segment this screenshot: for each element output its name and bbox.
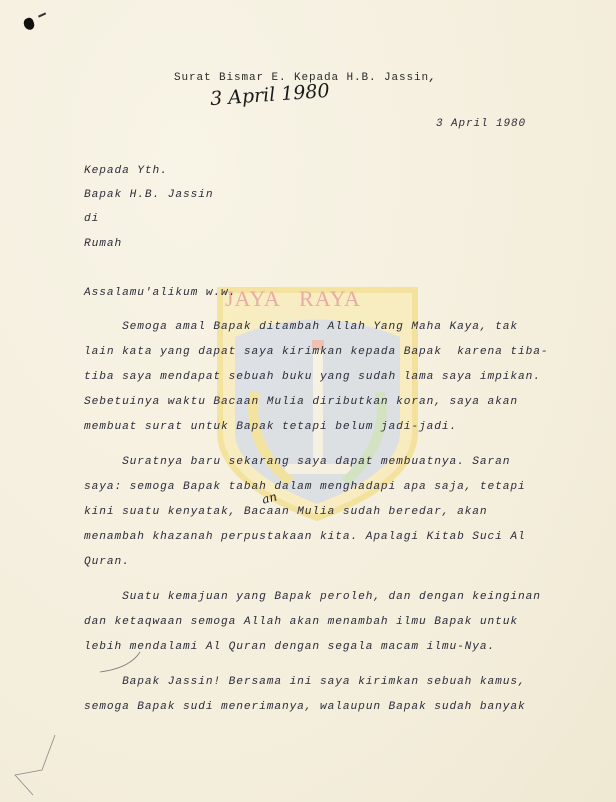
body-line: kini suatu kenyatak, Bacaan Mulia sudah …: [84, 506, 488, 518]
body-line: lain kata yang dapat saya kirimkan kepad…: [84, 346, 548, 358]
body-line: membuat surat untuk Bapak tetapi belum j…: [84, 421, 457, 433]
watermark-text: JAYA RAYA: [225, 286, 361, 312]
body-line: lebih mendalami Al Quran dengan segala m…: [84, 641, 495, 653]
ink-spot: [22, 17, 36, 32]
body-line: menambah khazanah perpustakaan kita. Apa…: [84, 531, 526, 543]
body-line: Semoga amal Bapak ditambah Allah Yang Ma…: [84, 321, 518, 333]
letter-date: 3 April 1980: [436, 118, 526, 130]
addressee-line: Rumah: [84, 238, 122, 250]
addressee-line: di: [84, 213, 99, 225]
body-line: Quran.: [84, 556, 130, 568]
body-line: Sebetuinya waktu Bacaan Mulia diributkan…: [84, 396, 518, 408]
salutation: Assalamu'alikum w.w.: [84, 287, 236, 299]
title-comma: ,: [429, 72, 437, 84]
letter-page: JAYA RAYA Surat Bismar E. Kepada H.B. Ja…: [0, 0, 616, 802]
addressee-line: Kepada Yth.: [84, 165, 168, 177]
body-line: Bapak Jassin! Bersama ini saya kirimkan …: [84, 676, 526, 688]
body-line: Suatu kemajuan yang Bapak peroleh, dan d…: [84, 591, 541, 603]
body-line: dan ketaqwaan semoga Allah akan menambah…: [84, 616, 518, 628]
body-line: Suratnya baru sekarang saya dapat membua…: [84, 456, 510, 468]
ink-mark: [38, 12, 46, 17]
addressee-line: Bapak H.B. Jassin: [84, 189, 213, 201]
body-line: saya: semoga Bapak tabah dalam menghadap…: [84, 481, 526, 493]
body-line: semoga Bapak sudi menerimanya, walaupun …: [84, 701, 526, 713]
handwritten-date: 3 April 1980: [209, 80, 330, 110]
body-line: tiba saya mendapat sebuah buku yang suda…: [84, 371, 541, 383]
